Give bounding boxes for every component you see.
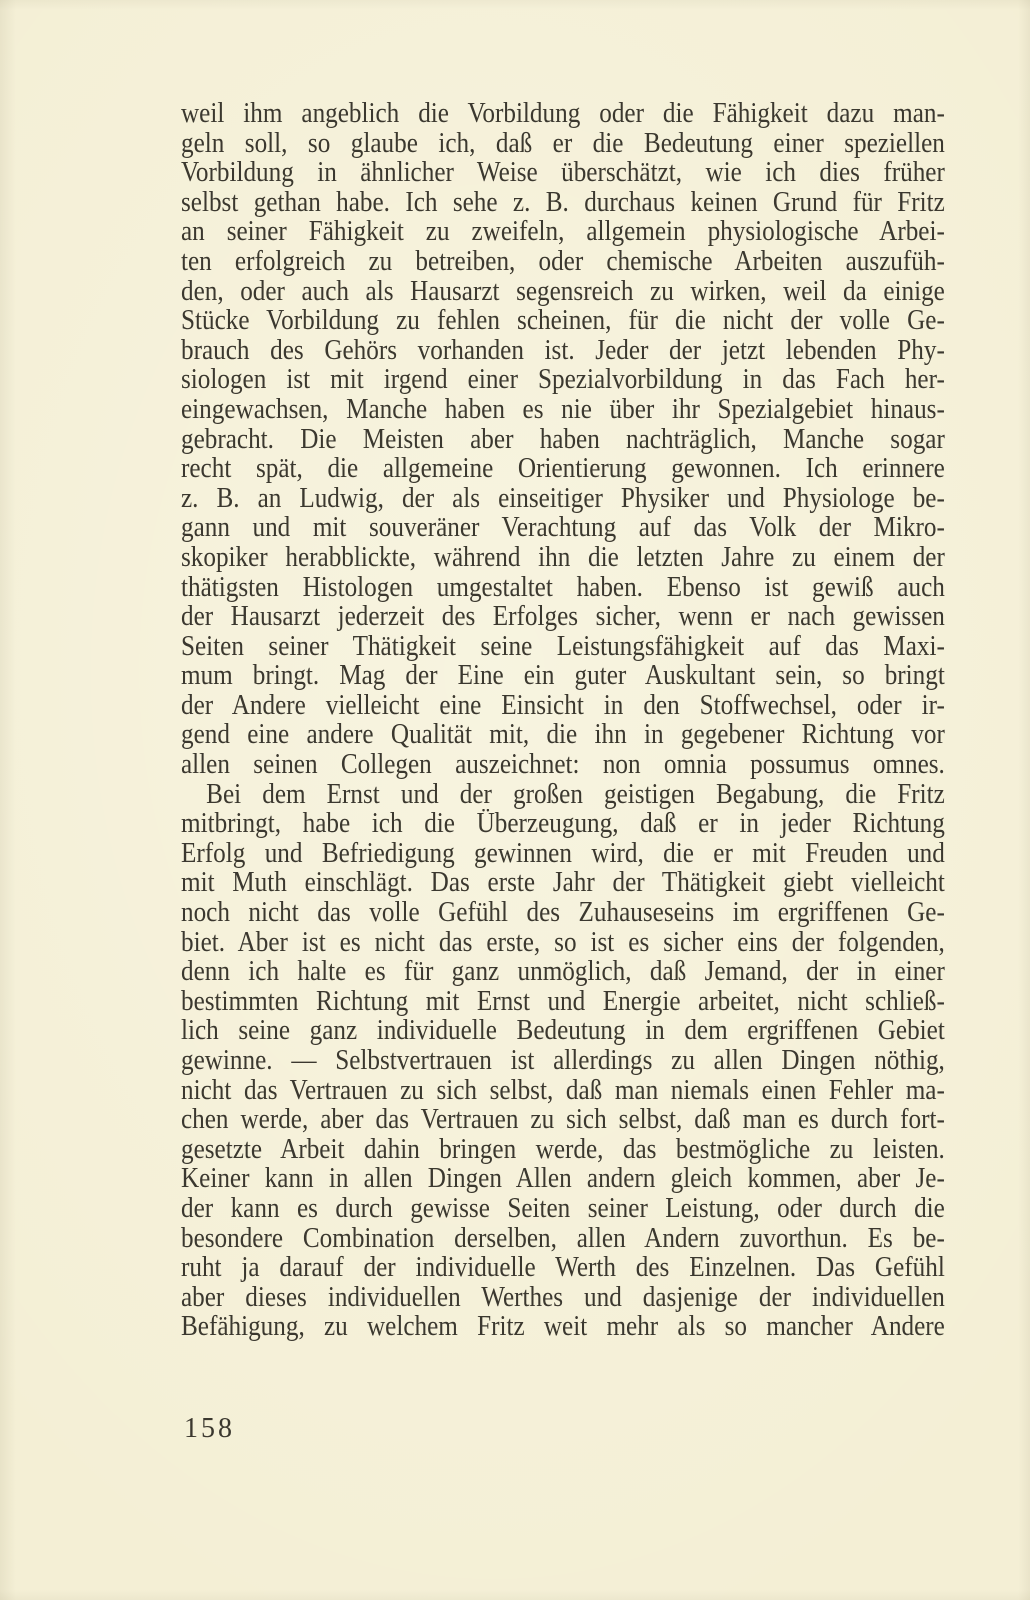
text-line: denn ich halte es für ganz unmöglich, da… xyxy=(181,957,945,987)
text-line: allen seinen Collegen auszeichnet: non o… xyxy=(181,750,945,780)
text-line: thätigsten Histologen umgestaltet haben.… xyxy=(181,573,945,603)
text-line: Befähigung, zu welchem Fritz weit mehr a… xyxy=(181,1312,945,1342)
text-line: skopiker herabblickte, während ihn die l… xyxy=(181,543,945,573)
text-line: besondere Combination derselben, allen A… xyxy=(181,1224,945,1254)
text-line: noch nicht das volle Gefühl des Zuhauses… xyxy=(181,898,945,928)
text-line: recht spät, die allgemeine Orientierung … xyxy=(181,454,945,484)
text-line: biet. Aber ist es nicht das erste, so is… xyxy=(181,928,945,958)
text-line: mit Muth einschlägt. Das erste Jahr der … xyxy=(181,868,945,898)
text-line: gesetzte Arbeit dahin bringen werde, das… xyxy=(181,1135,945,1165)
text-line: aber dieses individuellen Werthes und da… xyxy=(181,1283,945,1313)
text-line: Keiner kann in allen Dingen Allen andern… xyxy=(181,1164,945,1194)
text-line: selbst gethan habe. Ich sehe z. B. durch… xyxy=(181,188,945,218)
text-line: z. B. an Ludwig, der als einseitiger Phy… xyxy=(181,484,945,514)
book-page: weil ihm angeblich die Vorbildung oder d… xyxy=(0,0,1030,1600)
text-line: brauch des Gehörs vorhanden ist. Jeder d… xyxy=(181,336,945,366)
text-line: Erfolg und Befriedigung gewinnen wird, d… xyxy=(181,839,945,869)
text-line: Seiten seiner Thätigkeit seine Leistungs… xyxy=(181,632,945,662)
text-line: eingewachsen, Manche haben es nie über i… xyxy=(181,395,945,425)
text-line: lich seine ganz individuelle Bedeutung i… xyxy=(181,1016,945,1046)
text-line: an seiner Fähigkeit zu zweifeln, allgeme… xyxy=(181,217,945,247)
text-line: mum bringt. Mag der Eine ein guter Ausku… xyxy=(181,661,945,691)
text-line: bestimmten Richtung mit Ernst und Energi… xyxy=(181,987,945,1017)
text-line: Bei dem Ernst und der großen geistigen B… xyxy=(181,780,945,810)
text-line: gend eine andere Qualität mit, die ihn i… xyxy=(181,720,945,750)
text-line: der Andere vielleicht eine Einsicht in d… xyxy=(181,691,945,721)
text-line: siologen ist mit irgend einer Spezialvor… xyxy=(181,365,945,395)
text-line: ruht ja darauf der individuelle Werth de… xyxy=(181,1253,945,1283)
text-line: mitbringt, habe ich die Überzeugung, daß… xyxy=(181,809,945,839)
text-line: gebracht. Die Meisten aber haben nachträ… xyxy=(181,425,945,455)
page-text: weil ihm angeblich die Vorbildung oder d… xyxy=(181,99,945,1342)
text-line: der kann es durch gewisse Seiten seiner … xyxy=(181,1194,945,1224)
text-line: gann und mit souveräner Verachtung auf d… xyxy=(181,513,945,543)
page-number: 158 xyxy=(184,1413,235,1445)
text-line: chen werde, aber das Vertrauen zu sich s… xyxy=(181,1105,945,1135)
text-line: weil ihm angeblich die Vorbildung oder d… xyxy=(181,99,945,129)
text-line: den, oder auch als Hausarzt segensreich … xyxy=(181,277,945,307)
text-line: gewinne. — Selbstvertrauen ist allerding… xyxy=(181,1046,945,1076)
text-line: der Hausarzt jederzeit des Erfolges sich… xyxy=(181,602,945,632)
text-line: Vorbildung in ähnlicher Weise überschätz… xyxy=(181,158,945,188)
text-line: Stücke Vorbildung zu fehlen scheinen, fü… xyxy=(181,306,945,336)
text-line: nicht das Vertrauen zu sich selbst, daß … xyxy=(181,1076,945,1106)
text-line: geln soll, so glaube ich, daß er die Bed… xyxy=(181,129,945,159)
text-line: ten erfolgreich zu betreiben, oder chemi… xyxy=(181,247,945,277)
